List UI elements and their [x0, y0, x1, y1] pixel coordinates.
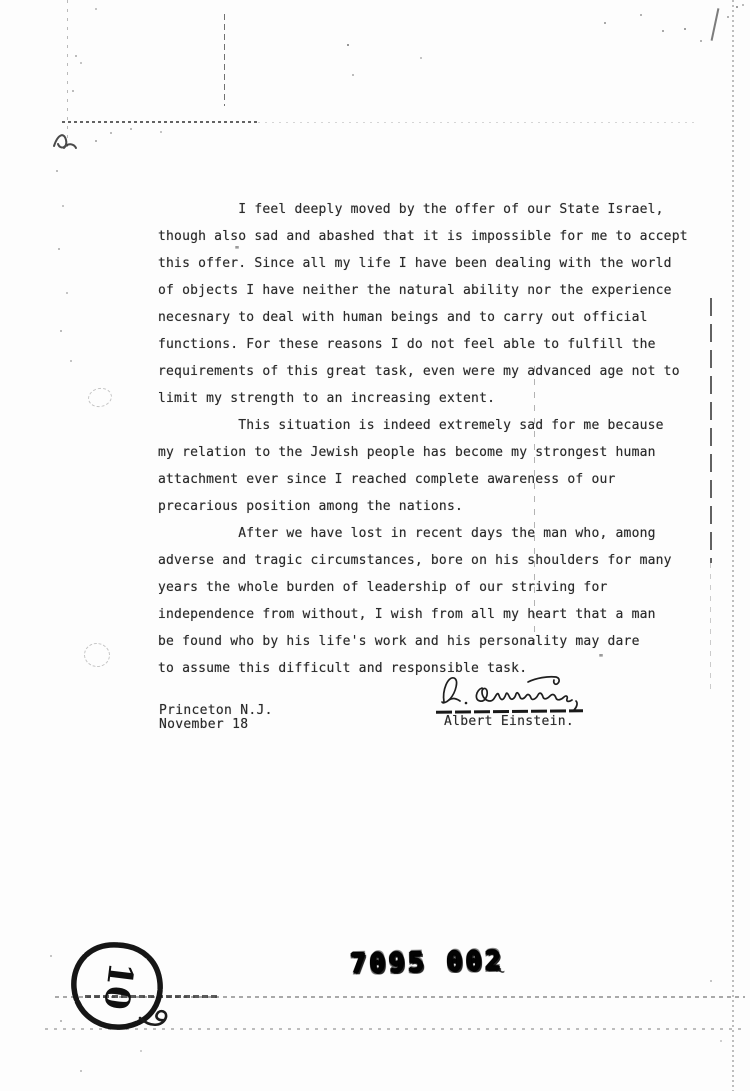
circled-mark-glyph: 10	[95, 960, 140, 1012]
stamp-tail-mark: ~	[495, 961, 506, 980]
top-horizontal-scratch-dark	[62, 121, 258, 123]
top-vertical-fold-line	[224, 14, 225, 106]
scanned-letter-page: I feel deeply moved by the offer of our …	[0, 0, 750, 1091]
ink-tick-above-since: "	[234, 245, 241, 256]
right-edge-speckle-band	[732, 0, 734, 1091]
left-margin-squiggle-lower	[82, 641, 111, 668]
typed-signature-name: Albert Einstein.	[444, 714, 574, 729]
ink-tick-after-task: "	[598, 653, 605, 664]
circled-page-mark: 10	[60, 933, 180, 1038]
top-left-scribble-mark	[50, 126, 80, 152]
top-horizontal-scratch-faint	[258, 122, 698, 123]
top-right-diagonal-mark	[711, 8, 720, 41]
scan-noise-specks	[0, 0, 2, 2]
date-line: November 18	[159, 717, 248, 732]
archive-number-stamp: 7095 002	[350, 945, 505, 979]
right-vertical-fold-line-faint	[710, 563, 711, 693]
right-vertical-fold-line	[710, 298, 712, 563]
left-margin-squiggle-upper	[86, 386, 113, 410]
place-line: Princeton N.J.	[159, 703, 273, 718]
letter-body-text: I feel deeply moved by the offer of our …	[158, 196, 688, 682]
